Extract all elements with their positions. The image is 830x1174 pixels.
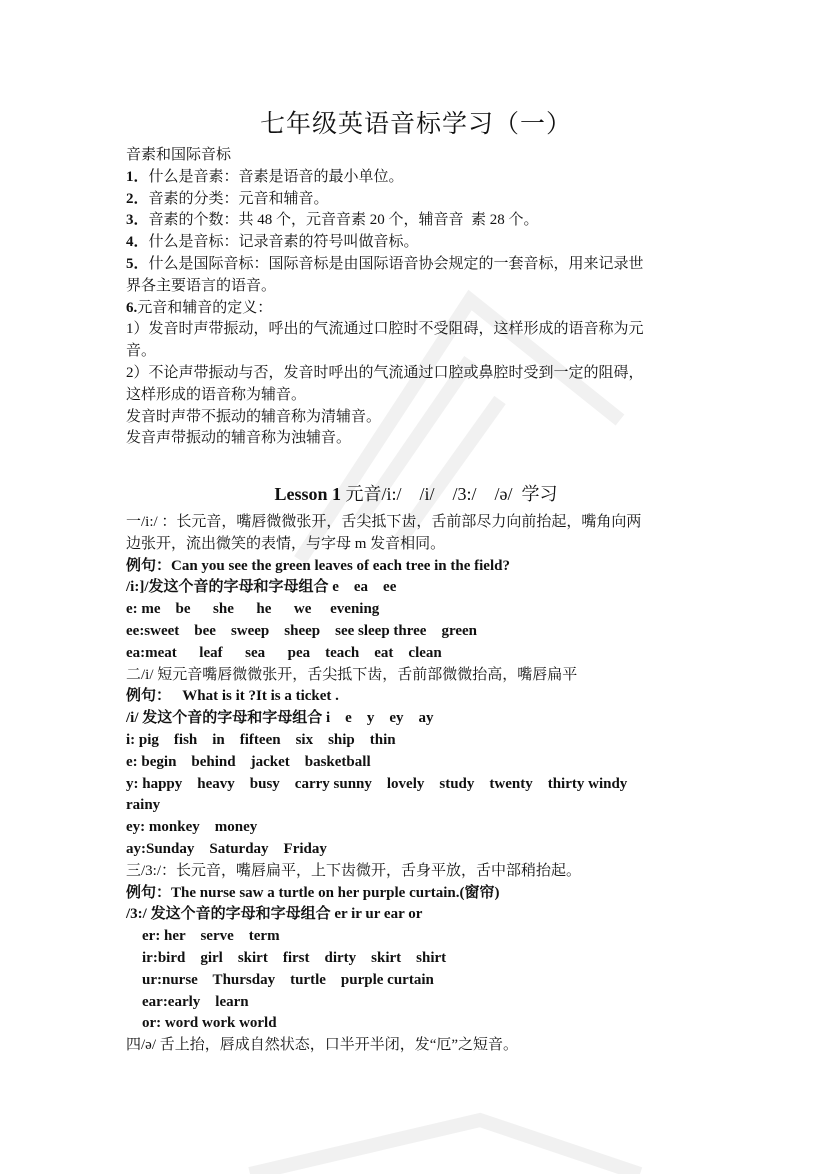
definition-line: 2）不论声带振动与否，发音时呼出的气流通过口腔或鼻腔时受到一定的阻碍， bbox=[126, 363, 706, 385]
document-title: 七年级英语音标学习（一） bbox=[126, 104, 706, 140]
list-item: 1．什么是音素：音素是语音的最小单位。 bbox=[126, 167, 706, 189]
lesson-line: rainy bbox=[126, 795, 706, 817]
lesson-line: 四/ə/ 舌上抬，唇成自然状态，口半开半闭，发“厄”之短音。 bbox=[126, 1035, 706, 1057]
lesson-body: 一/i:/ ：长元音，嘴唇微微张开，舌尖抵下齿，舌前部尽力向前抬起，嘴角向两边张… bbox=[126, 512, 706, 1057]
lesson-heading: Lesson 1 元音/i:/ /i/ /3:/ /ə/ 学习 bbox=[126, 480, 706, 506]
lesson-line: 例句：The nurse saw a turtle on her purple … bbox=[126, 883, 706, 905]
section-phonemes: 音素和国际音标 1．什么是音素：音素是语音的最小单位。 2．音素的分类：元音和辅… bbox=[126, 145, 706, 450]
definition-line: 音。 bbox=[126, 341, 706, 363]
lesson-line: ear:early learn bbox=[126, 992, 706, 1014]
lesson-line: ee:sweet bee sweep sheep see sleep three… bbox=[126, 621, 706, 643]
lesson-line: /i/ 发这个音的字母和字母组合 i e y ey ay bbox=[126, 708, 706, 730]
lesson-line: /3:/ 发这个音的字母和字母组合 er ir ur ear or bbox=[126, 904, 706, 926]
lesson-line: ay:Sunday Saturday Friday bbox=[126, 839, 706, 861]
list-item-continuation: 界各主要语言的语音。 bbox=[126, 276, 706, 298]
lesson-line: 边张开，流出微笑的表情，与字母 m 发音相同。 bbox=[126, 534, 706, 556]
list-item: 2．音素的分类：元音和辅音。 bbox=[126, 189, 706, 211]
lesson-line: 三/3:/：长元音，嘴唇扁平，上下齿微开，舌身平放，舌中部稍抬起。 bbox=[126, 861, 706, 883]
lesson-line: ur:nurse Thursday turtle purple curtain bbox=[126, 970, 706, 992]
definition-line: 这样形成的语音称为辅音。 bbox=[126, 385, 706, 407]
definition-line: 1）发音时声带振动，呼出的气流通过口腔时不受阻碍，这样形成的语音称为元 bbox=[126, 319, 706, 341]
lesson-line: ea:meat leaf sea pea teach eat clean bbox=[126, 643, 706, 665]
definition-line: 发音时声带不振动的辅音称为清辅音。 bbox=[126, 407, 706, 429]
lesson-line: 二/i/ 短元音嘴唇微微张开，舌尖抵下齿，舌前部微微抬高，嘴唇扁平 bbox=[126, 665, 706, 687]
lesson-line: 一/i:/ ：长元音，嘴唇微微张开，舌尖抵下齿，舌前部尽力向前抬起，嘴角向两 bbox=[126, 512, 706, 534]
definition-line: 发音声带振动的辅音称为浊辅音。 bbox=[126, 428, 706, 450]
lesson-line: y: happy heavy busy carry sunny lovely s… bbox=[126, 774, 706, 796]
section-heading: 音素和国际音标 bbox=[126, 145, 706, 167]
lesson-line: e: me be she he we evening bbox=[126, 599, 706, 621]
list-item: 3．音素的个数：共 48 个，元音音素 20 个，辅音音 素 28 个。 bbox=[126, 210, 706, 232]
list-item: 4．什么是音标：记录音素的符号叫做音标。 bbox=[126, 232, 706, 254]
lesson-line: ey: monkey money bbox=[126, 817, 706, 839]
lesson-line: 例句：Can you see the green leaves of each … bbox=[126, 556, 706, 578]
lesson-line: ir:bird girl skirt first dirty skirt shi… bbox=[126, 948, 706, 970]
lesson-line: i: pig fish in fifteen six ship thin bbox=[126, 730, 706, 752]
lesson-line: or: word work world bbox=[126, 1013, 706, 1035]
lesson-line: /i:]/发这个音的字母和字母组合 e ea ee bbox=[126, 577, 706, 599]
lesson-line: e: begin behind jacket basketball bbox=[126, 752, 706, 774]
list-item: 5．什么是国际音标：国际音标是由国际语音协会规定的一套音标，用来记录世 bbox=[126, 254, 706, 276]
list-item: 6.元音和辅音的定义： bbox=[126, 298, 706, 320]
lesson-line: er: her serve term bbox=[126, 926, 706, 948]
lesson-line: 例句： What is it ?It is a ticket . bbox=[126, 686, 706, 708]
